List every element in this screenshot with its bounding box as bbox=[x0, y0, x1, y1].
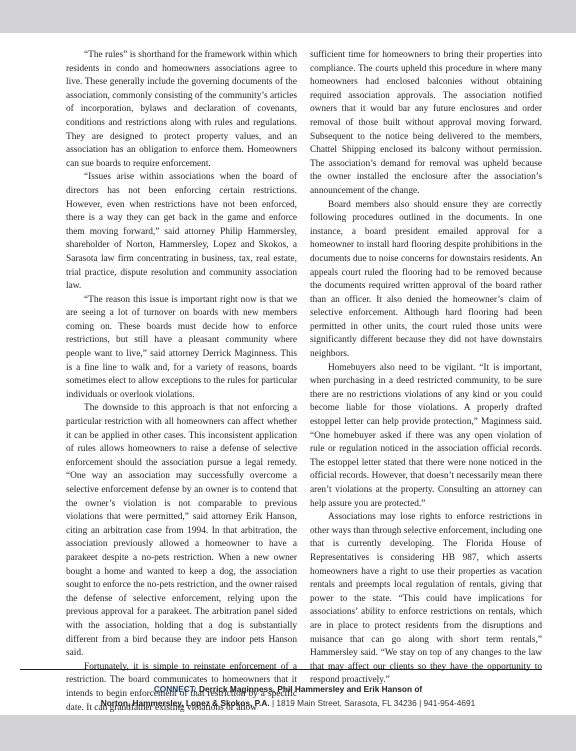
firm-name: Norton, Hammersley, Lopez & Skokos, P.A. bbox=[101, 698, 270, 708]
firm-address: | 1819 Main Street, Sarasota, FL 34236 |… bbox=[270, 698, 476, 708]
paragraph: “The reason this issue is important righ… bbox=[66, 294, 297, 403]
paragraph: The downside to this approach is that no… bbox=[66, 402, 297, 660]
article-right-column: sufficient time for homeowners to bring … bbox=[310, 49, 542, 688]
article-left-column: “The rules” is shorthand for the framewo… bbox=[66, 49, 297, 715]
paragraph: “Issues arise within associations when t… bbox=[66, 171, 297, 293]
paragraph: “The rules” is shorthand for the framewo… bbox=[66, 49, 297, 171]
paragraph: Homebuyers also need to be vigilant. “It… bbox=[310, 362, 542, 512]
attorney-names: Derrick Maginness, Phil Hammersley and E… bbox=[199, 684, 422, 694]
paragraph: Associations may lose rights to enforce … bbox=[310, 511, 542, 688]
connect-label: CONNECT: bbox=[154, 684, 197, 694]
paragraph-continued: sufficient time for homeowners to bring … bbox=[310, 49, 542, 199]
document-page: “The rules” is shorthand for the framewo… bbox=[0, 33, 576, 715]
paragraph: Board members also should ensure they ar… bbox=[310, 199, 542, 362]
footer-firm-line: Norton, Hammersley, Lopez & Skokos, P.A.… bbox=[0, 698, 576, 708]
footer-connect-line: CONNECT: Derrick Maginness, Phil Hammers… bbox=[0, 684, 576, 694]
footer-divider bbox=[20, 669, 542, 670]
